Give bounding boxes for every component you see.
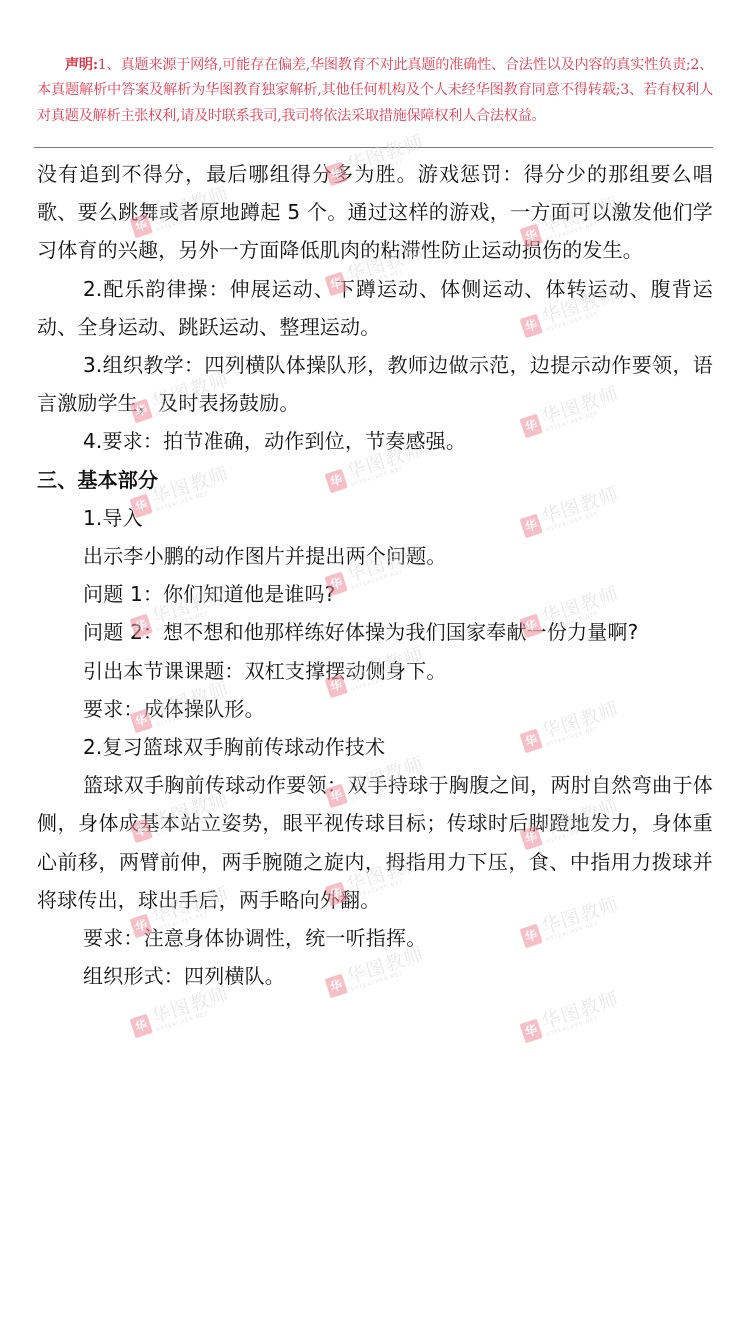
paragraph-organize-teaching: 3.组织教学：四列横队体操队形，教师边做示范，边提示动作要领，语言激励学生，及时… [37, 346, 713, 422]
paragraph-lesson-topic: 引出本节课课题：双杠支撑摆动侧身下。 [37, 652, 713, 690]
watermark-logo-icon: 华 [519, 1018, 542, 1043]
watermark: 华华图教师HTTEACHER.NET [519, 990, 624, 1045]
document-body: 没有追到不得分，最后哪组得分多为胜。游戏惩罚：得分少的那组要么唱歌、要么跳舞或者… [37, 155, 713, 995]
paragraph-show-pictures: 出示李小鹏的动作图片并提出两个问题。 [37, 537, 713, 575]
paragraph-passing-technique: 篮球双手胸前传球动作要领：双手持球于胸腹之间，两肘自然弯曲于体侧，身体成基本站立… [37, 766, 713, 919]
header-divider [34, 147, 713, 148]
paragraph-question-1: 问题 1：你们知道他是谁吗? [37, 575, 713, 613]
paragraph-question-2: 问题 2：想不想和他那样练好体操为我们国家奉献一份力量啊? [37, 613, 713, 651]
watermark-logo-icon: 华 [129, 1013, 152, 1038]
paragraph-requirements: 4.要求：拍节准确，动作到位，节奏感强。 [37, 422, 713, 460]
paragraph-organization-form: 组织形式：四列横队。 [37, 957, 713, 995]
paragraph-introduction-title: 1.导入 [37, 499, 713, 537]
paragraph-review-basketball: 2.复习篮球双手胸前传球动作技术 [37, 728, 713, 766]
document-page: 声明:1、真题来源于网络,可能存在偏差,华图教育不对此真题的准确性、合法性以及内… [0, 0, 748, 1335]
paragraph-game-rules: 没有追到不得分，最后哪组得分多为胜。游戏惩罚：得分少的那组要么唱歌、要么跳舞或者… [37, 155, 713, 270]
paragraph-formation-requirement: 要求：成体操队形。 [37, 690, 713, 728]
watermark-subtext: HTTEACHER.NET [156, 1004, 234, 1033]
watermark-subtext: HTTEACHER.NET [546, 1009, 624, 1038]
disclaimer-notice: 声明:1、真题来源于网络,可能存在偏差,华图教育不对此真题的准确性、合法性以及内… [37, 53, 713, 129]
disclaimer-text: 1、真题来源于网络,可能存在偏差,华图教育不对此真题的准确性、合法性以及内容的真… [37, 57, 713, 124]
paragraph-rhythm-exercise: 2.配乐韵律操：伸展运动、下蹲运动、体侧运动、体转运动、腹背运动、全身运动、跳跃… [37, 270, 713, 346]
paragraph-coordination-requirement: 要求：注意身体协调性，统一听指挥。 [37, 919, 713, 957]
section-heading-basic-part: 三、基本部分 [37, 461, 713, 499]
disclaimer-lead: 声明: [37, 57, 98, 73]
